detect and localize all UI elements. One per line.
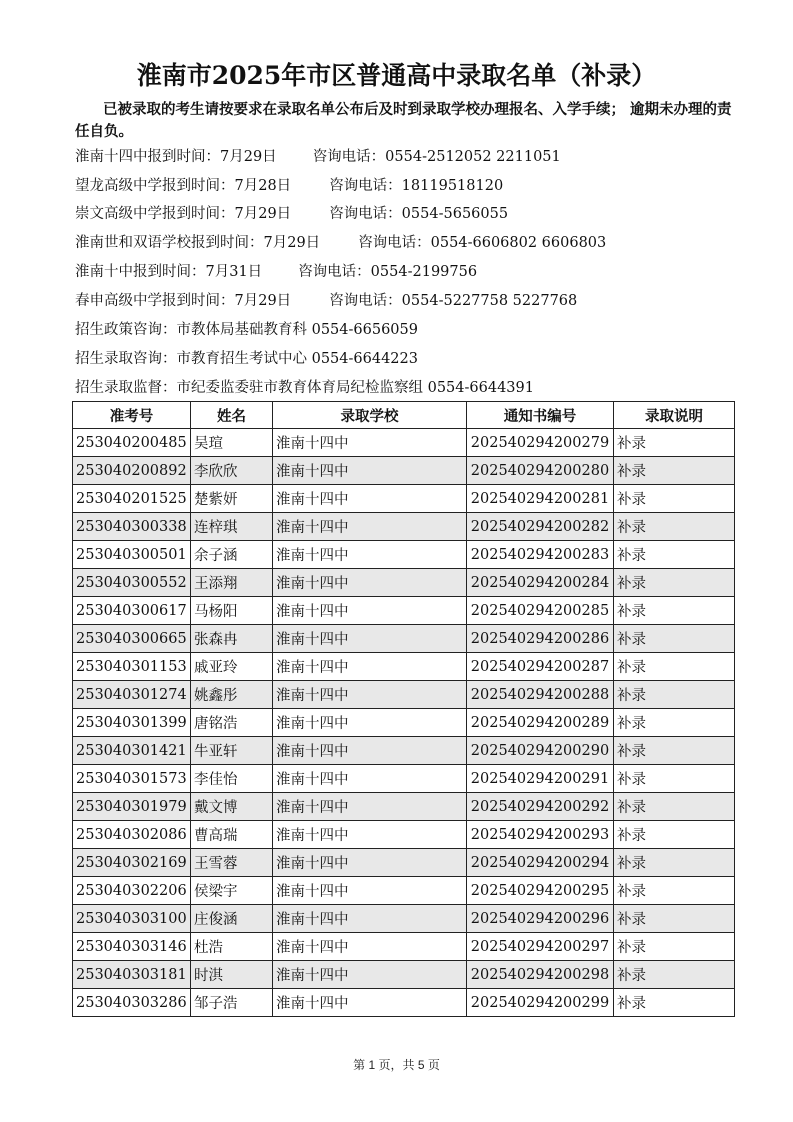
header-remark: 录取说明 xyxy=(614,402,735,429)
cell-name: 唐铭浩 xyxy=(191,709,273,737)
cell-school: 淮南十四中 xyxy=(273,625,467,653)
cell-name: 马杨阳 xyxy=(191,597,273,625)
cell-remark: 补录 xyxy=(614,681,735,709)
consult-phone: 咨询电话：0554-6606802 6606803 xyxy=(358,235,606,251)
table-row: 253040302169王雪蓉淮南十四中202540294200294补录 xyxy=(73,849,735,877)
cell-exam-number: 253040300665 xyxy=(73,625,191,653)
table-row: 253040301421牛亚轩淮南十四中202540294200290补录 xyxy=(73,737,735,765)
table-row: 253040300501余子涵淮南十四中202540294200283补录 xyxy=(73,541,735,569)
cell-exam-number: 253040303286 xyxy=(73,989,191,1017)
header-notice-number: 通知书编号 xyxy=(467,402,614,429)
table-row: 253040300617马杨阳淮南十四中202540294200285补录 xyxy=(73,597,735,625)
table-row: 253040301399唐铭浩淮南十四中202540294200289补录 xyxy=(73,709,735,737)
cell-name: 姚鑫彤 xyxy=(191,681,273,709)
cell-name: 王添翔 xyxy=(191,569,273,597)
table-row: 253040303181时淇淮南十四中202540294200298补录 xyxy=(73,961,735,989)
cell-remark: 补录 xyxy=(614,597,735,625)
school-info-line: 淮南十四中报到时间：7月29日咨询电话：0554-2512052 2211051 xyxy=(75,147,561,167)
table-row: 253040301274姚鑫彤淮南十四中202540294200288补录 xyxy=(73,681,735,709)
cell-remark: 补录 xyxy=(614,653,735,681)
cell-school: 淮南十四中 xyxy=(273,737,467,765)
cell-name: 侯梁宇 xyxy=(191,877,273,905)
contact-supervision: 招生录取监督：市纪委监委驻市教育体育局纪检监察组 0554-6644391 xyxy=(75,378,534,398)
consult-phone: 咨询电话：18119518120 xyxy=(329,178,503,194)
report-time: 望龙高级中学报到时间：7月28日 xyxy=(75,178,291,194)
table-row: 253040200892李欣欣淮南十四中202540294200280补录 xyxy=(73,457,735,485)
cell-name: 牛亚轩 xyxy=(191,737,273,765)
cell-exam-number: 253040303100 xyxy=(73,905,191,933)
table-row: 253040303100庄俊涵淮南十四中202540294200296补录 xyxy=(73,905,735,933)
school-info-line: 望龙高级中学报到时间：7月28日咨询电话：18119518120 xyxy=(75,176,503,196)
report-time: 春申高级中学报到时间：7月29日 xyxy=(75,293,291,309)
cell-exam-number: 253040301979 xyxy=(73,793,191,821)
cell-notice-number: 202540294200294 xyxy=(467,849,614,877)
cell-school: 淮南十四中 xyxy=(273,821,467,849)
table-header-row: 准考号 姓名 录取学校 通知书编号 录取说明 xyxy=(73,402,735,429)
cell-school: 淮南十四中 xyxy=(273,849,467,877)
cell-name: 杜浩 xyxy=(191,933,273,961)
cell-notice-number: 202540294200279 xyxy=(467,429,614,457)
cell-notice-number: 202540294200297 xyxy=(467,933,614,961)
cell-school: 淮南十四中 xyxy=(273,429,467,457)
cell-notice-number: 202540294200290 xyxy=(467,737,614,765)
cell-remark: 补录 xyxy=(614,513,735,541)
report-time: 淮南十四中报到时间：7月29日 xyxy=(75,149,277,165)
table-row: 253040301979戴文博淮南十四中202540294200292补录 xyxy=(73,793,735,821)
consult-phone: 咨询电话：0554-5656055 xyxy=(329,206,508,222)
header-name: 姓名 xyxy=(191,402,273,429)
cell-name: 李欣欣 xyxy=(191,457,273,485)
cell-name: 戚亚玲 xyxy=(191,653,273,681)
cell-exam-number: 253040301153 xyxy=(73,653,191,681)
notice-paragraph: 已被录取的考生请按要求在录取名单公布后及时到录取学校办理报名、入学手续； 逾期未… xyxy=(75,99,735,143)
cell-remark: 补录 xyxy=(614,765,735,793)
school-info-line: 崇文高级中学报到时间：7月29日咨询电话：0554-5656055 xyxy=(75,204,508,224)
cell-notice-number: 202540294200296 xyxy=(467,905,614,933)
cell-remark: 补录 xyxy=(614,793,735,821)
table-row: 253040201525楚紫妍淮南十四中202540294200281补录 xyxy=(73,485,735,513)
cell-remark: 补录 xyxy=(614,877,735,905)
cell-school: 淮南十四中 xyxy=(273,961,467,989)
cell-name: 李佳怡 xyxy=(191,765,273,793)
table-row: 253040302206侯梁宇淮南十四中202540294200295补录 xyxy=(73,877,735,905)
cell-exam-number: 253040300501 xyxy=(73,541,191,569)
cell-remark: 补录 xyxy=(614,849,735,877)
cell-school: 淮南十四中 xyxy=(273,793,467,821)
cell-exam-number: 253040303146 xyxy=(73,933,191,961)
cell-exam-number: 253040200485 xyxy=(73,429,191,457)
report-time: 崇文高级中学报到时间：7月29日 xyxy=(75,206,291,222)
header-school: 录取学校 xyxy=(273,402,467,429)
cell-remark: 补录 xyxy=(614,541,735,569)
cell-notice-number: 202540294200281 xyxy=(467,485,614,513)
table-row: 253040303286邹子浩淮南十四中202540294200299补录 xyxy=(73,989,735,1017)
cell-notice-number: 202540294200293 xyxy=(467,821,614,849)
cell-exam-number: 253040302206 xyxy=(73,877,191,905)
cell-school: 淮南十四中 xyxy=(273,569,467,597)
header-exam-number: 准考号 xyxy=(73,402,191,429)
cell-remark: 补录 xyxy=(614,905,735,933)
cell-school: 淮南十四中 xyxy=(273,709,467,737)
cell-remark: 补录 xyxy=(614,569,735,597)
cell-name: 张森冉 xyxy=(191,625,273,653)
table-row: 253040302086曹高瑞淮南十四中202540294200293补录 xyxy=(73,821,735,849)
cell-name: 戴文博 xyxy=(191,793,273,821)
table-row: 253040300552王添翔淮南十四中202540294200284补录 xyxy=(73,569,735,597)
cell-notice-number: 202540294200291 xyxy=(467,765,614,793)
cell-remark: 补录 xyxy=(614,933,735,961)
cell-notice-number: 202540294200298 xyxy=(467,961,614,989)
cell-remark: 补录 xyxy=(614,737,735,765)
cell-name: 时淇 xyxy=(191,961,273,989)
consult-phone: 咨询电话：0554-5227758 5227768 xyxy=(329,293,577,309)
cell-exam-number: 253040300338 xyxy=(73,513,191,541)
cell-notice-number: 202540294200288 xyxy=(467,681,614,709)
admission-table: 准考号 姓名 录取学校 通知书编号 录取说明 253040200485吴瑄淮南十… xyxy=(72,401,735,1017)
report-time: 淮南世和双语学校报到时间：7月29日 xyxy=(75,235,320,251)
cell-notice-number: 202540294200299 xyxy=(467,989,614,1017)
table-row: 253040300665张森冉淮南十四中202540294200286补录 xyxy=(73,625,735,653)
cell-name: 邹子浩 xyxy=(191,989,273,1017)
page-footer: 第 1 页，共 5 页 xyxy=(0,1056,793,1073)
cell-school: 淮南十四中 xyxy=(273,513,467,541)
table-row: 253040301153戚亚玲淮南十四中202540294200287补录 xyxy=(73,653,735,681)
cell-notice-number: 202540294200285 xyxy=(467,597,614,625)
cell-remark: 补录 xyxy=(614,821,735,849)
cell-name: 连梓琪 xyxy=(191,513,273,541)
cell-notice-number: 202540294200284 xyxy=(467,569,614,597)
cell-school: 淮南十四中 xyxy=(273,457,467,485)
table-row: 253040200485吴瑄淮南十四中202540294200279补录 xyxy=(73,429,735,457)
cell-exam-number: 253040301274 xyxy=(73,681,191,709)
cell-exam-number: 253040302086 xyxy=(73,821,191,849)
table-row: 253040301573李佳怡淮南十四中202540294200291补录 xyxy=(73,765,735,793)
cell-name: 庄俊涵 xyxy=(191,905,273,933)
cell-notice-number: 202540294200289 xyxy=(467,709,614,737)
cell-remark: 补录 xyxy=(614,457,735,485)
report-time: 淮南十中报到时间：7月31日 xyxy=(75,264,262,280)
contact-policy: 招生政策咨询：市教体局基础教育科 0554-6656059 xyxy=(75,320,418,340)
cell-name: 楚紫妍 xyxy=(191,485,273,513)
contact-admission: 招生录取咨询：市教育招生考试中心 0554-6644223 xyxy=(75,349,418,369)
cell-remark: 补录 xyxy=(614,485,735,513)
cell-remark: 补录 xyxy=(614,709,735,737)
cell-exam-number: 253040301399 xyxy=(73,709,191,737)
cell-exam-number: 253040302169 xyxy=(73,849,191,877)
cell-school: 淮南十四中 xyxy=(273,877,467,905)
school-info-line: 淮南世和双语学校报到时间：7月29日咨询电话：0554-6606802 6606… xyxy=(75,233,606,253)
cell-school: 淮南十四中 xyxy=(273,485,467,513)
cell-exam-number: 253040300617 xyxy=(73,597,191,625)
cell-remark: 补录 xyxy=(614,961,735,989)
cell-exam-number: 253040301573 xyxy=(73,765,191,793)
table-row: 253040300338连梓琪淮南十四中202540294200282补录 xyxy=(73,513,735,541)
page-title: 淮南市2025年市区普通高中录取名单（补录） xyxy=(0,56,793,92)
cell-remark: 补录 xyxy=(614,625,735,653)
school-info-line: 淮南十中报到时间：7月31日咨询电话：0554-2199756 xyxy=(75,262,477,282)
cell-school: 淮南十四中 xyxy=(273,933,467,961)
cell-name: 余子涵 xyxy=(191,541,273,569)
cell-remark: 补录 xyxy=(614,989,735,1017)
cell-name: 吴瑄 xyxy=(191,429,273,457)
cell-notice-number: 202540294200280 xyxy=(467,457,614,485)
cell-remark: 补录 xyxy=(614,429,735,457)
consult-phone: 咨询电话：0554-2199756 xyxy=(298,264,477,280)
cell-school: 淮南十四中 xyxy=(273,681,467,709)
cell-school: 淮南十四中 xyxy=(273,989,467,1017)
cell-school: 淮南十四中 xyxy=(273,765,467,793)
cell-exam-number: 253040201525 xyxy=(73,485,191,513)
cell-school: 淮南十四中 xyxy=(273,905,467,933)
cell-school: 淮南十四中 xyxy=(273,597,467,625)
cell-notice-number: 202540294200287 xyxy=(467,653,614,681)
cell-school: 淮南十四中 xyxy=(273,653,467,681)
cell-notice-number: 202540294200295 xyxy=(467,877,614,905)
cell-exam-number: 253040301421 xyxy=(73,737,191,765)
table-row: 253040303146杜浩淮南十四中202540294200297补录 xyxy=(73,933,735,961)
cell-exam-number: 253040200892 xyxy=(73,457,191,485)
cell-exam-number: 253040300552 xyxy=(73,569,191,597)
school-info-line: 春申高级中学报到时间：7月29日咨询电话：0554-5227758 522776… xyxy=(75,291,577,311)
cell-notice-number: 202540294200286 xyxy=(467,625,614,653)
consult-phone: 咨询电话：0554-2512052 2211051 xyxy=(313,149,561,165)
cell-school: 淮南十四中 xyxy=(273,541,467,569)
cell-notice-number: 202540294200282 xyxy=(467,513,614,541)
cell-notice-number: 202540294200283 xyxy=(467,541,614,569)
cell-exam-number: 253040303181 xyxy=(73,961,191,989)
cell-name: 王雪蓉 xyxy=(191,849,273,877)
cell-name: 曹高瑞 xyxy=(191,821,273,849)
cell-notice-number: 202540294200292 xyxy=(467,793,614,821)
